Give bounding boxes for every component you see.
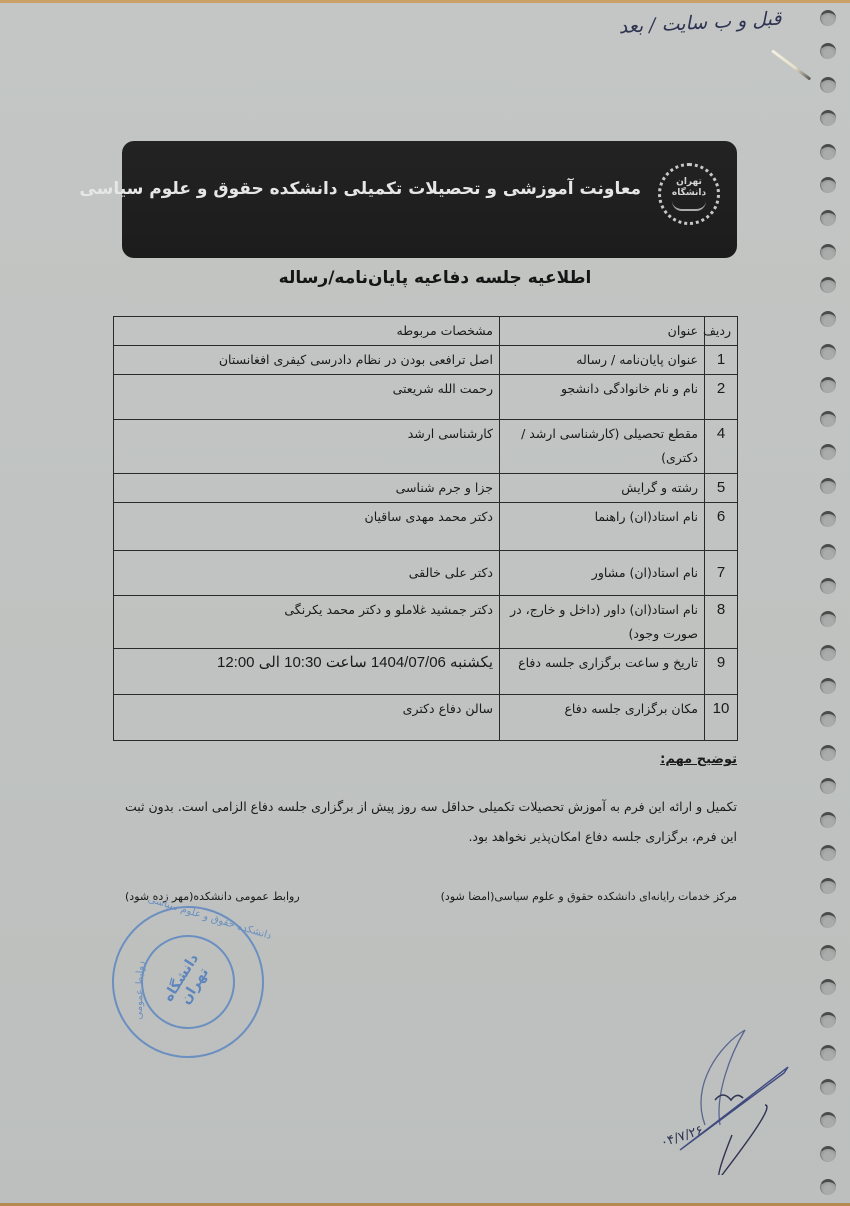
row-number: 9 <box>705 649 738 695</box>
binding-hole-icon <box>820 110 836 126</box>
row-value: سالن دفاع دکتری <box>114 695 500 741</box>
binding-hole-icon <box>820 411 836 427</box>
logo-wings-icon <box>672 201 706 211</box>
note-heading: توضیح مهم: <box>660 752 737 767</box>
binding-hole-icon <box>820 344 836 360</box>
binding-hole-icon <box>820 1012 836 1028</box>
row-value: جزا و جرم شناسی <box>114 474 500 503</box>
binding-hole-icon <box>820 10 836 26</box>
spiral-binding-holes <box>820 10 842 1200</box>
header-row-no: ردیف <box>705 317 738 346</box>
handwritten-note: قبل و ب سایت / بعد <box>611 8 783 57</box>
binding-hole-icon <box>820 578 836 594</box>
row-number: 2 <box>705 375 738 420</box>
header-title: معاونت آموزشی و تحصیلات تکمیلی دانشکده ح… <box>171 179 641 199</box>
row-number: 1 <box>705 346 738 375</box>
row-value: یکشنبه 1404/07/06 ساعت 10:30 الی 12:00 <box>114 649 500 695</box>
binding-hole-icon <box>820 812 836 828</box>
table-row: 4 مقطع تحصیلی (کارشناسی ارشد / دکتری) کا… <box>114 420 738 474</box>
row-title: نام استاد(ان) راهنما <box>500 503 705 551</box>
table-row: 5 رشته و گرایش جزا و جرم شناسی <box>114 474 738 503</box>
header-banner: تهران دانشگاه معاونت آموزشی و تحصیلات تک… <box>122 141 737 258</box>
binding-hole-icon <box>820 645 836 661</box>
row-title: مکان برگزاری جلسه دفاع <box>500 695 705 741</box>
row-number: 6 <box>705 503 738 551</box>
table-row: 10 مکان برگزاری جلسه دفاع سالن دفاع دکتر… <box>114 695 738 741</box>
binding-hole-icon <box>820 745 836 761</box>
faculty-stamp-icon: دانشکده حقوق و علوم سیاسی روابط عمومی دا… <box>102 896 274 1068</box>
row-title: عنوان پایان‌نامه / رساله <box>500 346 705 375</box>
binding-hole-icon <box>820 1179 836 1195</box>
table-row: 6 نام استاد(ان) راهنما دکتر محمد مهدی سا… <box>114 503 738 551</box>
handwritten-date: ۱۴۰۴/۷/۲۶ <box>660 1123 705 1155</box>
header-title: عنوان <box>500 317 705 346</box>
binding-hole-icon <box>820 77 836 93</box>
binding-hole-icon <box>820 912 836 928</box>
binding-hole-icon <box>820 1045 836 1061</box>
paper-top-edge <box>0 0 850 3</box>
row-number: 5 <box>705 474 738 503</box>
table-row: 8 نام استاد(ان) داور (داخل و خارج، در صو… <box>114 596 738 649</box>
binding-hole-icon <box>820 678 836 694</box>
computer-center-signature-label: مرکز خدمات رایانه‌ای دانشکده حقوق و علوم… <box>441 890 737 903</box>
binding-hole-icon <box>820 1079 836 1095</box>
row-title: تاریخ و ساعت برگزاری جلسه دفاع <box>500 649 705 695</box>
binding-hole-icon <box>820 544 836 560</box>
table-row: 7 نام استاد(ان) مشاور دکتر علی خالقی <box>114 551 738 596</box>
row-number: 7 <box>705 551 738 596</box>
row-number: 8 <box>705 596 738 649</box>
row-value: کارشناسی ارشد <box>114 420 500 474</box>
handwritten-signature-icon: ۱۴۰۴/۷/۲۶ <box>660 1025 800 1175</box>
row-value: دکتر محمد مهدی ساقیان <box>114 503 500 551</box>
row-title: نام و نام خانوادگی دانشجو <box>500 375 705 420</box>
binding-hole-icon <box>820 611 836 627</box>
note-body: تکمیل و ارائه این فرم به آموزش تحصیلات ت… <box>112 792 737 852</box>
row-title: مقطع تحصیلی (کارشناسی ارشد / دکتری) <box>500 420 705 474</box>
row-value: دکتر جمشید غلاملو و دکتر محمد یکرنگی <box>114 596 500 649</box>
binding-hole-icon <box>820 210 836 226</box>
row-value: دکتر علی خالقی <box>114 551 500 596</box>
binding-hole-icon <box>820 1146 836 1162</box>
defense-info-table: ردیف عنوان مشخصات مربوطه 1 عنوان پایان‌ن… <box>113 316 738 741</box>
row-title: رشته و گرایش <box>500 474 705 503</box>
table-row: 2 نام و نام خانوادگی دانشجو رحمت الله شر… <box>114 375 738 420</box>
header-details: مشخصات مربوطه <box>114 317 500 346</box>
row-value: اصل ترافعی بودن در نظام دادرسی کیفری افغ… <box>114 346 500 375</box>
binding-hole-icon <box>820 511 836 527</box>
binding-hole-icon <box>820 711 836 727</box>
binding-hole-icon <box>820 377 836 393</box>
row-number: 10 <box>705 695 738 741</box>
binding-hole-icon <box>820 845 836 861</box>
table-row: 9 تاریخ و ساعت برگزاری جلسه دفاع یکشنبه … <box>114 649 738 695</box>
binding-hole-icon <box>820 778 836 794</box>
document-title: اطلاعیه جلسه دفاعیه پایان‌نامه/رساله <box>0 268 850 288</box>
binding-hole-icon <box>820 244 836 260</box>
binding-hole-icon <box>820 979 836 995</box>
binding-hole-icon <box>820 43 836 59</box>
binding-hole-icon <box>820 878 836 894</box>
binding-hole-icon <box>820 177 836 193</box>
binding-hole-icon <box>820 144 836 160</box>
paperclip-icon <box>771 49 811 80</box>
binding-hole-icon <box>820 1112 836 1128</box>
logo-text-line1: تهران <box>676 177 702 188</box>
row-number: 4 <box>705 420 738 474</box>
binding-hole-icon <box>820 945 836 961</box>
binding-hole-icon <box>820 478 836 494</box>
logo-text-line2: دانشگاه <box>672 188 706 199</box>
row-title: نام استاد(ان) مشاور <box>500 551 705 596</box>
stamp-center: دانشگاه تهران <box>123 917 253 1047</box>
stamp-inner-text: دانشگاه تهران <box>151 935 226 1028</box>
row-title: نام استاد(ان) داور (داخل و خارج، در صورت… <box>500 596 705 649</box>
binding-hole-icon <box>820 444 836 460</box>
binding-hole-icon <box>820 311 836 327</box>
table-header-row: ردیف عنوان مشخصات مربوطه <box>114 317 738 346</box>
scanned-document-page: قبل و ب سایت / بعد تهران دانشگاه معاونت … <box>0 0 850 1206</box>
table-row: 1 عنوان پایان‌نامه / رساله اصل ترافعی بو… <box>114 346 738 375</box>
row-value: رحمت الله شریعتی <box>114 375 500 420</box>
university-logo-icon: تهران دانشگاه <box>658 163 720 225</box>
